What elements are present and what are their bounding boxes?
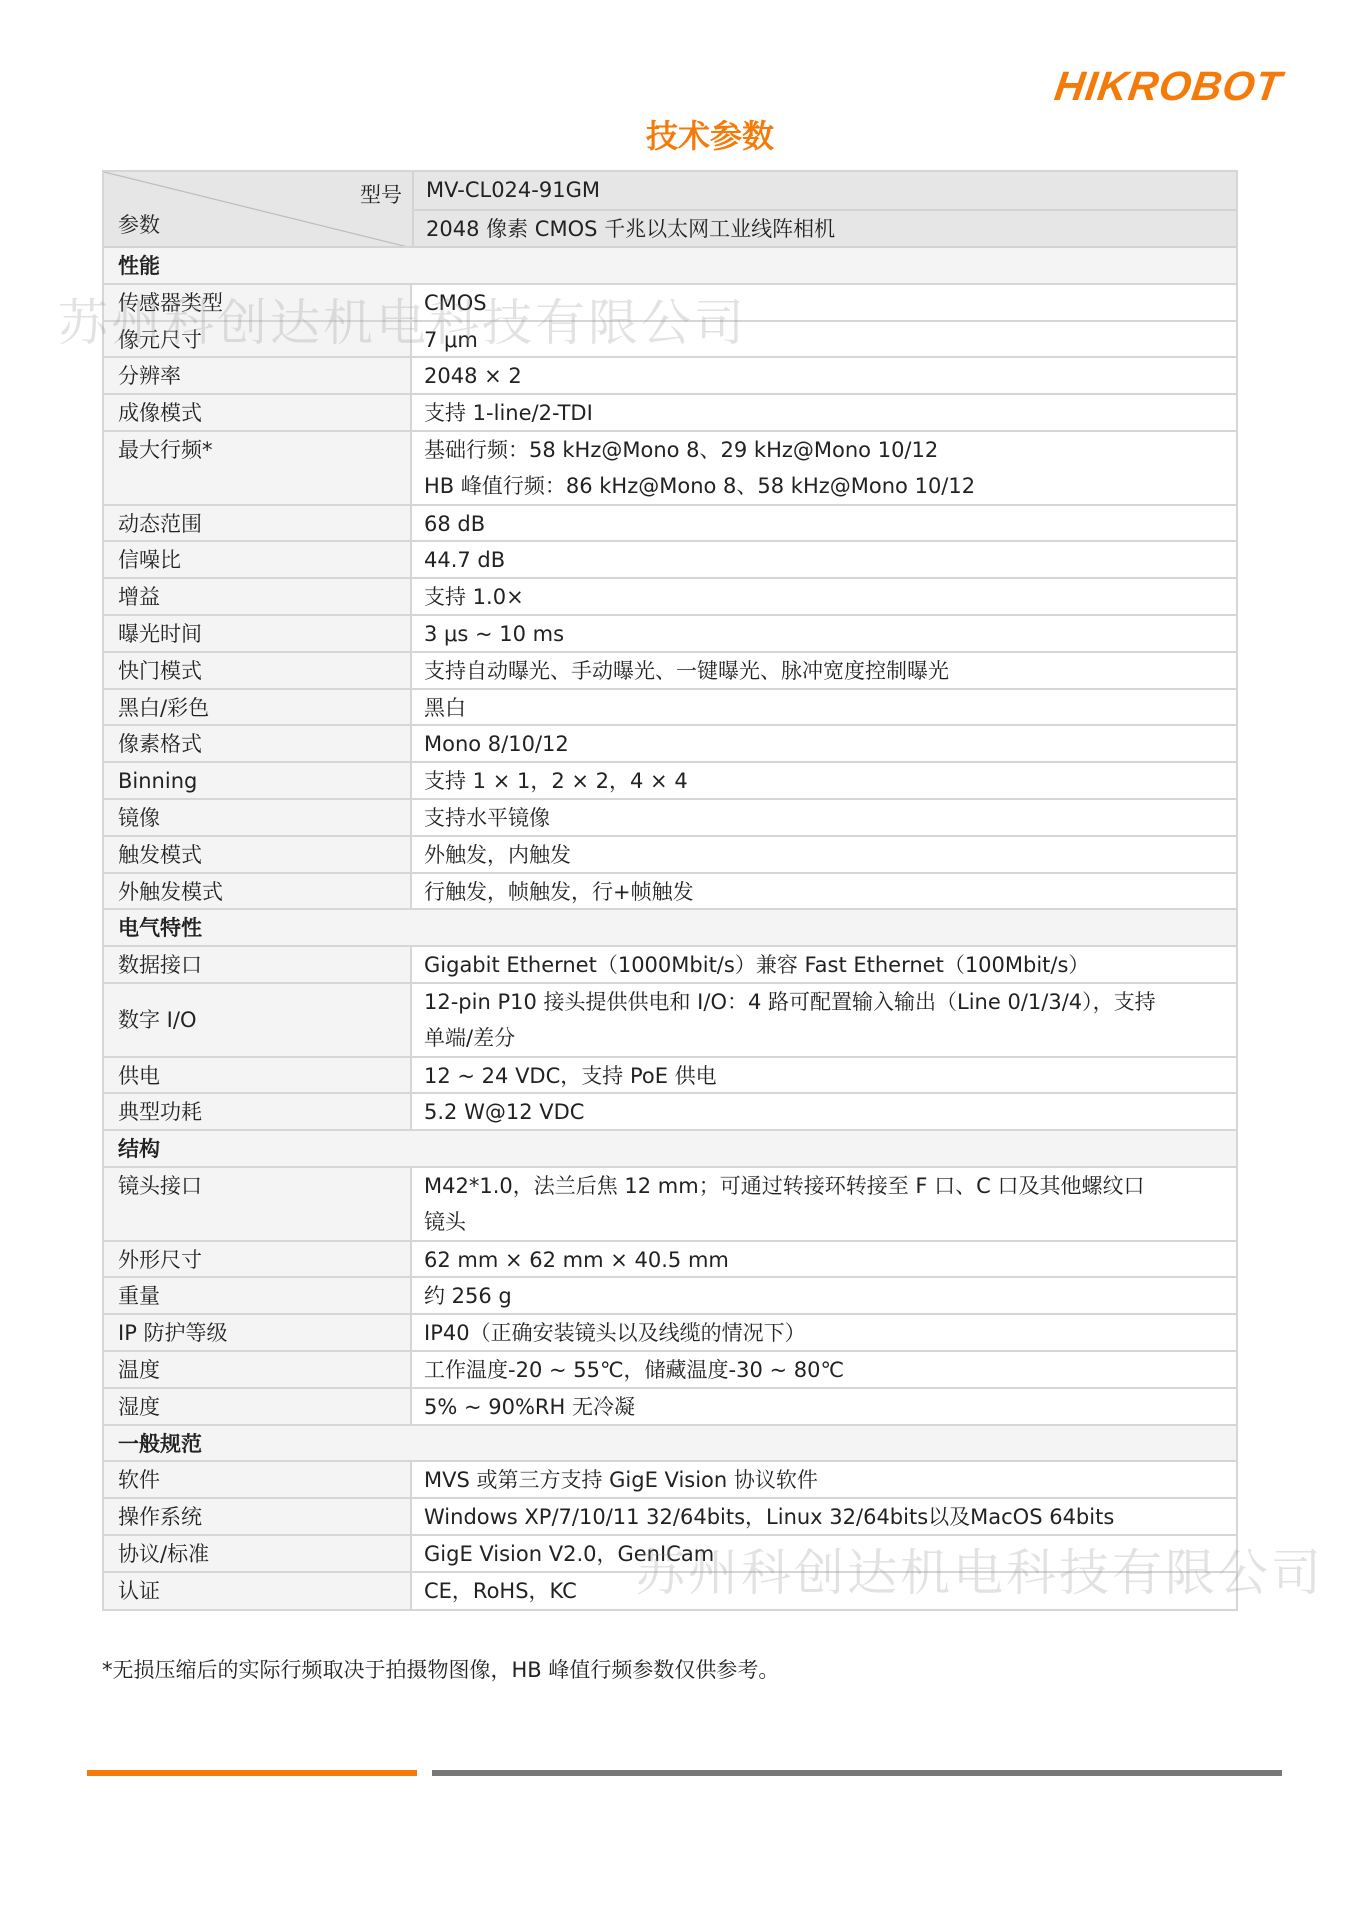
row-label: 传感器类型 [104, 285, 412, 320]
row-value: 工作温度-20 ~ 55℃，储藏温度-30 ~ 80℃ [412, 1352, 1236, 1387]
row-value: 3 μs ~ 10 ms [412, 616, 1236, 651]
row-label: 协议/标准 [104, 1536, 412, 1571]
table-row: 镜头接口M42*1.0，法兰后焦 12 mm；可通过转接环转接至 F 口、C 口… [104, 1168, 1236, 1242]
row-value: Gigabit Ethernet（1000Mbit/s）兼容 Fast Ethe… [412, 947, 1236, 982]
row-value: Mono 8/10/12 [412, 726, 1236, 761]
section-general: 一般规范 [104, 1426, 1236, 1463]
table-row: 黑白/彩色黑白 [104, 690, 1236, 727]
row-label: Binning [104, 763, 412, 798]
row-label: 外形尺寸 [104, 1242, 412, 1277]
row-value: 基础行频：58 kHz@Mono 8、29 kHz@Mono 10/12 HB … [412, 432, 1236, 504]
model-number: MV-CL024-91GM [414, 172, 1236, 209]
table-row: 外形尺寸62 mm × 62 mm × 40.5 mm [104, 1242, 1236, 1279]
table-row: 像素格式Mono 8/10/12 [104, 726, 1236, 763]
param-label: 参数 [118, 209, 160, 239]
row-label: 曝光时间 [104, 616, 412, 651]
table-row: 数字 I/O12-pin P10 接头提供供电和 I/O：4 路可配置输入输出（… [104, 984, 1236, 1058]
page-title: 技术参数 [0, 114, 1357, 158]
row-value: 支持水平镜像 [412, 800, 1236, 835]
row-label: 供电 [104, 1058, 412, 1093]
row-label: 数据接口 [104, 947, 412, 982]
table-row: IP 防护等级IP40（正确安装镜头以及线缆的情况下） [104, 1315, 1236, 1352]
row-value: CE，RoHS，KC [412, 1573, 1236, 1610]
row-value: 支持 1 × 1，2 × 2，4 × 4 [412, 763, 1236, 798]
row-value: 68 dB [412, 506, 1236, 541]
row-value: 44.7 dB [412, 542, 1236, 577]
row-value: 62 mm × 62 mm × 40.5 mm [412, 1242, 1236, 1277]
table-row: 数据接口Gigabit Ethernet（1000Mbit/s）兼容 Fast … [104, 947, 1236, 984]
row-value: M42*1.0，法兰后焦 12 mm；可通过转接环转接至 F 口、C 口及其他螺… [412, 1168, 1236, 1240]
table-row: 湿度5% ~ 90%RH 无冷凝 [104, 1389, 1236, 1426]
hikrobot-logo: HIKROBOT [1052, 66, 1284, 107]
row-value: 5% ~ 90%RH 无冷凝 [412, 1389, 1236, 1424]
row-value: MVS 或第三方支持 GigE Vision 协议软件 [412, 1462, 1236, 1497]
header-values: MV-CL024-91GM 2048 像素 CMOS 千兆以太网工业线阵相机 [414, 172, 1236, 246]
table-header: 型号 参数 MV-CL024-91GM 2048 像素 CMOS 千兆以太网工业… [104, 172, 1236, 248]
row-label: 信噪比 [104, 542, 412, 577]
row-label: 数字 I/O [104, 984, 412, 1056]
row-value: 约 256 g [412, 1278, 1236, 1313]
row-label: 认证 [104, 1573, 412, 1610]
row-label: 湿度 [104, 1389, 412, 1424]
row-label: 增益 [104, 579, 412, 614]
row-label: 分辨率 [104, 358, 412, 393]
table-row: 认证CE，RoHS，KC [104, 1573, 1236, 1610]
spec-table: 型号 参数 MV-CL024-91GM 2048 像素 CMOS 千兆以太网工业… [102, 170, 1238, 1611]
row-label: 快门模式 [104, 653, 412, 688]
model-label: 型号 [360, 179, 402, 209]
table-row: 曝光时间3 μs ~ 10 ms [104, 616, 1236, 653]
row-value: 7 μm [412, 322, 1236, 357]
row-label: 像素格式 [104, 726, 412, 761]
row-label: 外触发模式 [104, 874, 412, 909]
footer-rule-line [432, 1770, 1282, 1776]
row-value: 2048 × 2 [412, 358, 1236, 393]
row-label: 典型功耗 [104, 1094, 412, 1129]
row-value: 12-pin P10 接头提供供电和 I/O：4 路可配置输入输出（Line 0… [412, 984, 1236, 1056]
row-value: 支持 1.0× [412, 579, 1236, 614]
row-label: 重量 [104, 1278, 412, 1313]
row-value: 5.2 W@12 VDC [412, 1094, 1236, 1129]
table-row: 软件MVS 或第三方支持 GigE Vision 协议软件 [104, 1462, 1236, 1499]
row-label: 镜像 [104, 800, 412, 835]
table-row: 温度工作温度-20 ~ 55℃，储藏温度-30 ~ 80℃ [104, 1352, 1236, 1389]
row-value: GigE Vision V2.0，GenICam [412, 1536, 1236, 1571]
row-label: 触发模式 [104, 837, 412, 872]
table-row: 触发模式外触发，内触发 [104, 837, 1236, 874]
table-row: 增益支持 1.0× [104, 579, 1236, 616]
row-value: CMOS [412, 285, 1236, 320]
section-mechanical: 结构 [104, 1131, 1236, 1168]
row-value: 支持自动曝光、手动曝光、一键曝光、脉冲宽度控制曝光 [412, 653, 1236, 688]
table-row: 供电12 ~ 24 VDC，支持 PoE 供电 [104, 1058, 1236, 1095]
row-value: 支持 1-line/2-TDI [412, 395, 1236, 430]
row-value: 外触发，内触发 [412, 837, 1236, 872]
table-row: 协议/标准GigE Vision V2.0，GenICam [104, 1536, 1236, 1573]
row-label: 像元尺寸 [104, 322, 412, 357]
table-row: 传感器类型CMOS [104, 285, 1236, 322]
table-row: 成像模式支持 1-line/2-TDI [104, 395, 1236, 432]
section-electrical: 电气特性 [104, 910, 1236, 947]
row-value: 12 ~ 24 VDC，支持 PoE 供电 [412, 1058, 1236, 1093]
row-value: 行触发，帧触发，行+帧触发 [412, 874, 1236, 909]
row-label: 温度 [104, 1352, 412, 1387]
row-value: IP40（正确安装镜头以及线缆的情况下） [412, 1315, 1236, 1350]
row-label: 镜头接口 [104, 1168, 412, 1240]
row-label: 黑白/彩色 [104, 690, 412, 725]
table-row: 动态范围68 dB [104, 506, 1236, 543]
footnote: *无损压缩后的实际行频取决于拍摄物图像，HB 峰值行频参数仅供参考。 [102, 1653, 779, 1687]
table-row: Binning支持 1 × 1，2 × 2，4 × 4 [104, 763, 1236, 800]
table-row: 最大行频*基础行频：58 kHz@Mono 8、29 kHz@Mono 10/1… [104, 432, 1236, 506]
row-label: 操作系统 [104, 1499, 412, 1534]
table-row: 重量约 256 g [104, 1278, 1236, 1315]
table-row: 镜像支持水平镜像 [104, 800, 1236, 837]
row-value: 黑白 [412, 690, 1236, 725]
table-row: 典型功耗5.2 W@12 VDC [104, 1094, 1236, 1131]
model-description: 2048 像素 CMOS 千兆以太网工业线阵相机 [414, 209, 1236, 248]
row-value: Windows XP/7/10/11 32/64bits，Linux 32/64… [412, 1499, 1236, 1534]
table-row: 像元尺寸7 μm [104, 322, 1236, 359]
row-label: 软件 [104, 1462, 412, 1497]
section-performance: 性能 [104, 248, 1236, 285]
row-label: 成像模式 [104, 395, 412, 430]
row-label: 最大行频* [104, 432, 412, 504]
table-row: 操作系统Windows XP/7/10/11 32/64bits，Linux 3… [104, 1499, 1236, 1536]
table-row: 分辨率2048 × 2 [104, 358, 1236, 395]
table-row: 快门模式支持自动曝光、手动曝光、一键曝光、脉冲宽度控制曝光 [104, 653, 1236, 690]
table-row: 外触发模式行触发，帧触发，行+帧触发 [104, 874, 1236, 911]
row-label: 动态范围 [104, 506, 412, 541]
diagonal-header-cell: 型号 参数 [104, 172, 414, 246]
table-row: 信噪比44.7 dB [104, 542, 1236, 579]
row-label: IP 防护等级 [104, 1315, 412, 1350]
footer-accent-line [87, 1770, 417, 1776]
